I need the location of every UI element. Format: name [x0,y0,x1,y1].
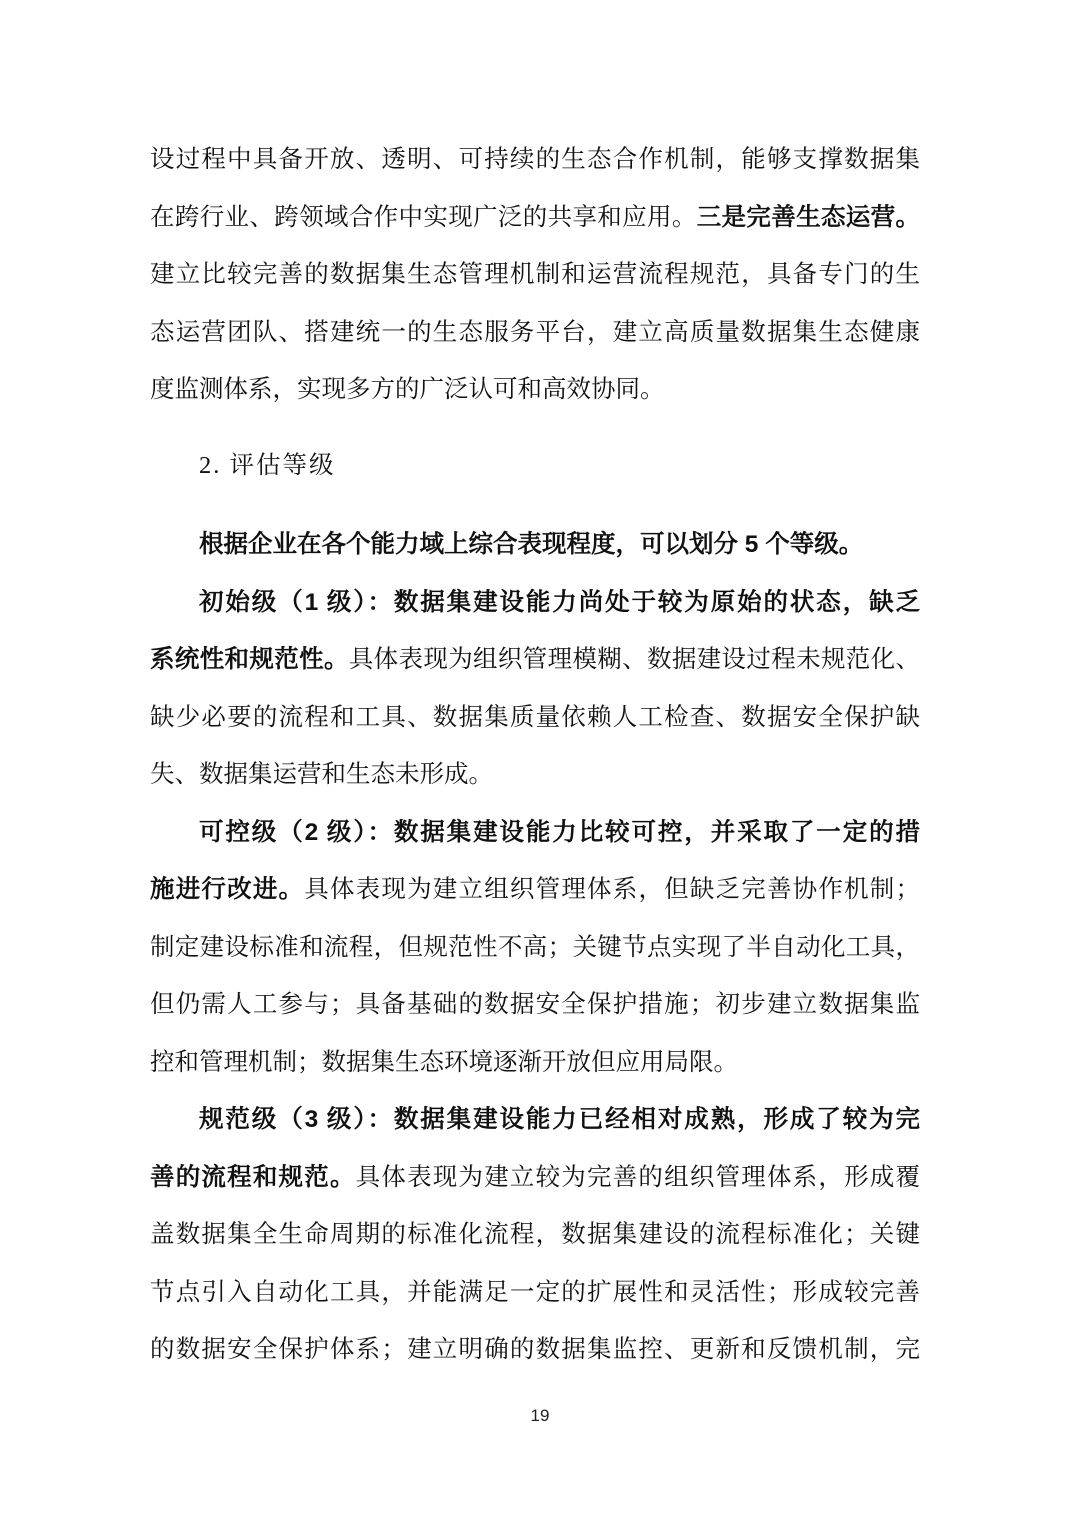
text-line: 度监测体系，实现多方的广泛认可和高效协同。 [150,361,920,419]
text-line: 设过程中具备开放、透明、可持续的生态合作机制，能够支撑数据集 [150,131,920,189]
text-line: 系统性和规范性。具体表现为组织管理模糊、数据建设过程未规范化、 [150,631,920,689]
body-text: 失、数据集运营和生态未形成。 [150,761,493,788]
text-line: 规范级（3 级）：数据集建设能力已经相对成熟，形成了较为完 [150,1091,920,1149]
page-number: 19 [0,1406,1080,1426]
paragraph-levels-intro: 根据企业在各个能力域上综合表现程度，可以划分 5 个等级。 [150,516,920,574]
text-line: 施进行改进。具体表现为建立组织管理体系，但缺乏完善协作机制； [150,861,920,919]
text-line: 制定建设标准和流程，但规范性不高；关键节点实现了半自动化工具， [150,919,920,977]
body-text: 的数据安全保护体系；建立明确的数据集监控、更新和反馈机制，完 [150,1336,920,1363]
emphasis-text: 三是完善生态运营。 [697,204,920,231]
body-text: 态运营团队、搭建统一的生态服务平台，建立高质量数据集生态健康 [150,319,920,346]
body-text: 盖数据集全生命周期的标准化流程，数据集建设的流程标准化；关键 [150,1221,920,1248]
emphasis-text: 善的流程和规范。 [150,1164,356,1191]
text-line: 缺少必要的流程和工具、数据集质量依赖人工检查、数据安全保护缺 [150,689,920,747]
emphasis-text: 规范级（3 级）：数据集建设能力已经相对成熟，形成了较为完 [199,1106,920,1133]
text-line: 但仍需人工参与；具备基础的数据安全保护措施；初步建立数据集监 [150,976,920,1034]
emphasis-text: 初始级（1 级）：数据集建设能力尚处于较为原始的状态，缺乏 [199,589,920,616]
text-line: 态运营团队、搭建统一的生态服务平台，建立高质量数据集生态健康 [150,304,920,362]
paragraph-level-2-controllable: 可控级（2 级）：数据集建设能力比较可控，并采取了一定的措施进行改进。具体表现为… [150,804,920,1092]
text-line: 善的流程和规范。具体表现为建立较为完善的组织管理体系，形成覆 [150,1149,920,1207]
body-text: 建立比较完善的数据集生态管理机制和运营流程规范，具备专门的生 [150,261,920,288]
text-line: 建立比较完善的数据集生态管理机制和运营流程规范，具备专门的生 [150,246,920,304]
heading-text: 2. 评估等级 [199,452,336,479]
body-text: 节点引入自动化工具，并能满足一定的扩展性和灵活性；形成较完善 [150,1279,920,1306]
text-line: 节点引入自动化工具，并能满足一定的扩展性和灵活性；形成较完善 [150,1264,920,1322]
emphasis-text: 施进行改进。 [150,876,304,903]
paragraph-ecosystem-operation: 设过程中具备开放、透明、可持续的生态合作机制，能够支撑数据集在跨行业、跨领域合作… [150,131,920,419]
body-text: 具体表现为建立组织管理体系，但缺乏完善协作机制； [304,876,920,903]
body-text: 缺少必要的流程和工具、数据集质量依赖人工检查、数据安全保护缺 [150,704,920,731]
body-text: 度监测体系，实现多方的广泛认可和高效协同。 [150,376,665,403]
emphasis-text: 根据企业在各个能力域上综合表现程度，可以划分 5 个等级。 [199,531,863,558]
text-line: 失、数据集运营和生态未形成。 [150,746,920,804]
body-text: 设过程中具备开放、透明、可持续的生态合作机制，能够支撑数据集 [150,146,920,173]
text-line: 根据企业在各个能力域上综合表现程度，可以划分 5 个等级。 [150,516,920,574]
body-text: 制定建设标准和流程，但规范性不高；关键节点实现了半自动化工具， [150,934,920,961]
heading-assessment-levels: 2. 评估等级 [150,437,920,495]
document-page: 设过程中具备开放、透明、可持续的生态合作机制，能够支撑数据集在跨行业、跨领域合作… [0,0,1080,1526]
text-line: 盖数据集全生命周期的标准化流程，数据集建设的流程标准化；关键 [150,1206,920,1264]
body-text: 在跨行业、跨领域合作中实现广泛的共享和应用。 [150,204,697,231]
paragraph-level-3-standardized: 规范级（3 级）：数据集建设能力已经相对成熟，形成了较为完善的流程和规范。具体表… [150,1091,920,1379]
body-text: 具体表现为组织管理模糊、数据建设过程未规范化、 [349,646,920,673]
paragraph-level-1-initial: 初始级（1 级）：数据集建设能力尚处于较为原始的状态，缺乏系统性和规范性。具体表… [150,574,920,804]
body-text: 控和管理机制；数据集生态环境逐渐开放但应用局限。 [150,1049,738,1076]
text-line: 控和管理机制；数据集生态环境逐渐开放但应用局限。 [150,1034,920,1092]
body-text: 具体表现为建立较为完善的组织管理体系，形成覆 [356,1164,920,1191]
text-line: 可控级（2 级）：数据集建设能力比较可控，并采取了一定的措 [150,804,920,862]
body-text: 但仍需人工参与；具备基础的数据安全保护措施；初步建立数据集监 [150,991,920,1018]
text-line: 在跨行业、跨领域合作中实现广泛的共享和应用。三是完善生态运营。 [150,189,920,247]
text-line: 的数据安全保护体系；建立明确的数据集监控、更新和反馈机制，完 [150,1321,920,1379]
text-line: 2. 评估等级 [150,437,920,495]
emphasis-text: 可控级（2 级）：数据集建设能力比较可控，并采取了一定的措 [199,819,920,846]
text-line: 初始级（1 级）：数据集建设能力尚处于较为原始的状态，缺乏 [150,574,920,632]
emphasis-text: 系统性和规范性。 [150,646,349,673]
document-body: 设过程中具备开放、透明、可持续的生态合作机制，能够支撑数据集在跨行业、跨领域合作… [150,131,920,1379]
